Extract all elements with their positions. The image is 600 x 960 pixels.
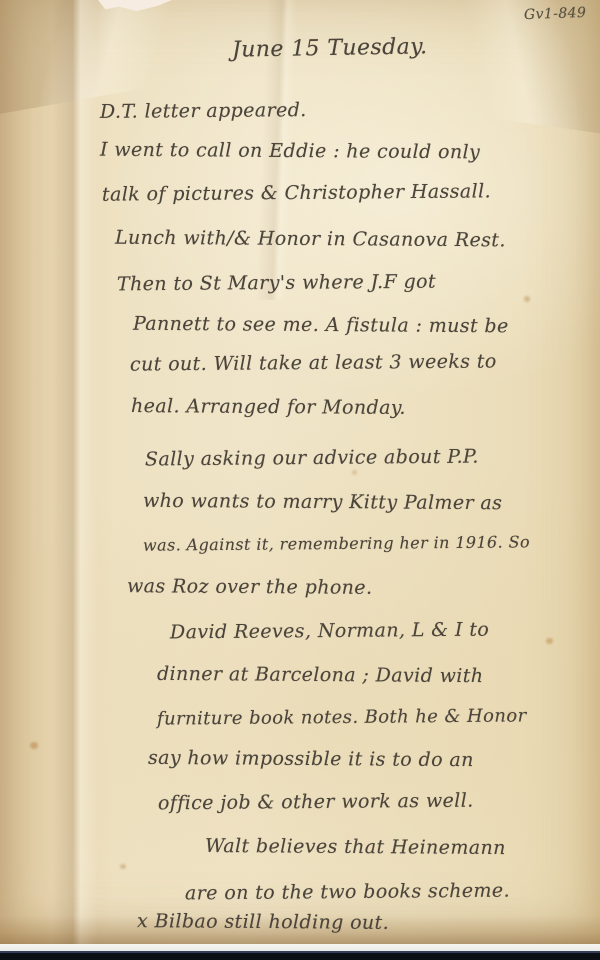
- handwritten-line: Lunch with/& Honor in Casanova Rest.: [115, 227, 506, 252]
- handwritten-line: Then to St Mary's where J.F got: [117, 271, 436, 296]
- handwritten-line: are on to the two books scheme.: [185, 880, 510, 905]
- handwritten-line: I went to call on Eddie : he could only: [100, 139, 480, 164]
- catalog-number: Gv1-849: [524, 5, 587, 23]
- handwritten-line: Sally asking our advice about P.P.: [145, 446, 479, 471]
- handwritten-line: x Bilbao still holding out.: [137, 910, 389, 934]
- scan-backdrop-strip: [0, 951, 600, 960]
- date-heading: June 15 Tuesday.: [232, 34, 428, 62]
- foxing-stain: [30, 742, 38, 749]
- foxing-stain: [352, 470, 357, 475]
- photo-backdrop: Gv1-849 June 15 Tuesday. D.T. letter app…: [0, 0, 600, 960]
- handwritten-line: dinner at Barcelona ; David with: [157, 663, 484, 687]
- diary-page: Gv1-849 June 15 Tuesday. D.T. letter app…: [0, 0, 600, 946]
- foxing-stain: [524, 296, 530, 302]
- handwritten-line: furniture book notes. Both he & Honor: [157, 705, 527, 729]
- torn-edge-notch: [98, 0, 172, 11]
- handwritten-line: who wants to marry Kitty Palmer as: [143, 490, 502, 515]
- handwritten-line: cut out. Will take at least 3 weeks to: [130, 350, 497, 375]
- handwritten-line: was. Against it, remembering her in 1916…: [143, 532, 530, 554]
- handwritten-line: heal. Arranged for Monday.: [131, 395, 406, 419]
- foxing-stain: [120, 864, 126, 869]
- handwritten-line: Pannett to see me. A fistula : must be: [133, 313, 509, 338]
- handwritten-line: talk of pictures & Christopher Hassall.: [102, 180, 491, 205]
- handwritten-line: office job & other work as well.: [158, 790, 474, 815]
- handwritten-line: was Roz over the phone.: [127, 575, 373, 599]
- foxing-stain: [546, 638, 553, 644]
- handwritten-line: Walt believes that Heinemann: [205, 835, 506, 859]
- paper-crease: [52, 0, 98, 946]
- handwritten-line: say how impossible it is to do an: [148, 747, 474, 771]
- handwritten-line: David Reeves, Norman, L & I to: [170, 619, 489, 644]
- handwritten-line: D.T. letter appeared.: [100, 99, 307, 123]
